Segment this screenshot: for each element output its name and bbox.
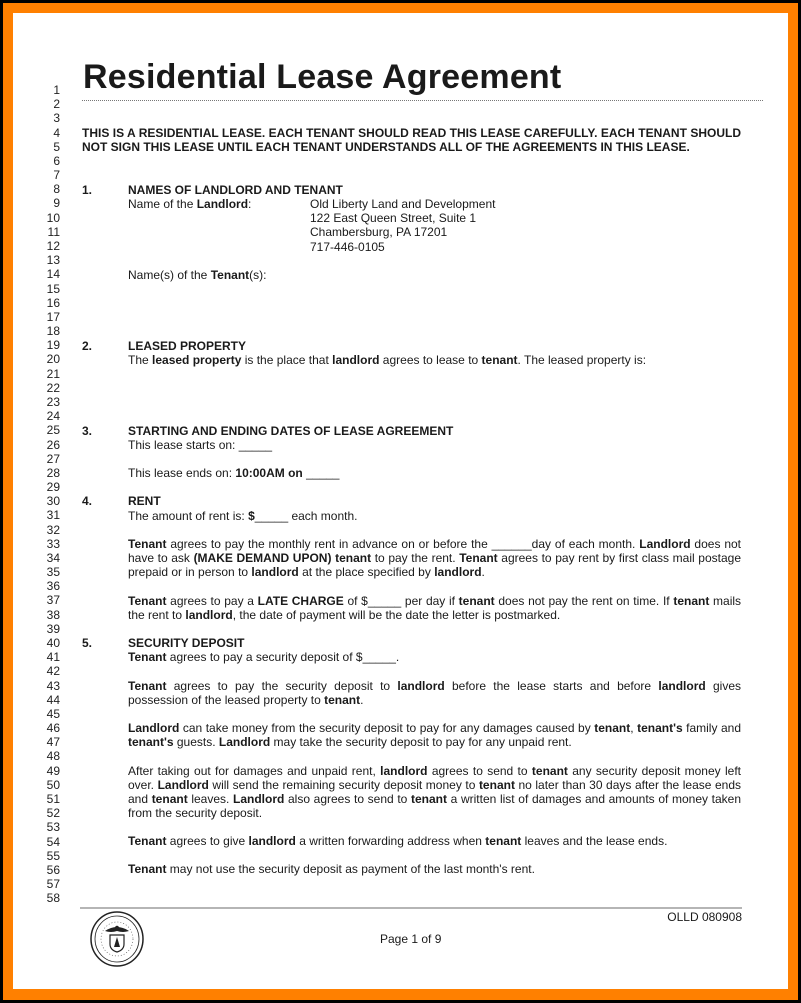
deposit-damages-paragraph: Landlord can take money from the securit… [128,721,741,749]
section-2-number: 2. [82,339,92,353]
text-run: also agrees to send to [284,792,411,806]
text-run: , the date of payment will be the date t… [233,608,561,622]
line-number: 33 [28,537,60,551]
text-run: agrees to pay the security deposit to [166,679,397,693]
bold-term: Landlord [158,778,209,792]
landlord-phone: 717-446-0105 [310,240,385,254]
deposit-timing-paragraph: Tenant agrees to pay the security deposi… [128,679,741,707]
bold-term: Landlord [233,792,284,806]
section-5-heading: SECURITY DEPOSIT [128,636,741,650]
landlord-label-text: Name of the [128,197,197,211]
bold-term: Tenant [128,679,166,693]
line-number: 2 [28,97,60,111]
bold-term: tenant's [128,735,174,749]
line-number: 50 [28,778,60,792]
deposit-amount-text: Tenant agrees to pay a security deposit … [128,650,741,664]
tenant-label: Name(s) of the Tenant(s): [128,268,741,282]
tenant-label-text: Name(s) of the [128,268,211,282]
line-number: 46 [28,721,60,735]
text-run: does not pay the rent on time. If [495,594,674,608]
section-3-number: 3. [82,424,92,438]
text-run: agrees to give [166,834,248,848]
section-4-heading: RENT [128,494,741,508]
leased-property-text: The leased property is the place that la… [128,353,741,367]
bold-term: Tenant [128,862,166,876]
line-number: 39 [28,622,60,636]
lease-end-blank: _____ [303,466,340,480]
line-number: 7 [28,168,60,182]
bold-term: (MAKE DEMAND UPON) tenant [194,551,372,565]
late-charge-paragraph: Tenant agrees to pay a LATE CHARGE of $_… [128,594,741,622]
company-seal-icon [89,911,145,967]
page-title: Residential Lease Agreement [83,58,561,97]
line-number: 36 [28,579,60,593]
bold-term: LATE CHARGE [258,594,344,608]
line-number: 34 [28,551,60,565]
text-run: may not use the security deposit as paym… [166,862,534,876]
line-number: 18 [28,324,60,338]
bold-term: Landlord [128,721,179,735]
bold-term: landlord [332,353,379,367]
line-number: 24 [28,409,60,423]
section-2-heading: LEASED PROPERTY [128,339,741,353]
bold-term: landlord [251,565,298,579]
bold-term: landlord [397,679,444,693]
line-number: 35 [28,565,60,579]
line-number: 29 [28,480,60,494]
intro-warning: THIS IS A RESIDENTIAL LEASE. EACH TENANT… [82,126,741,154]
bold-term: tenant [459,594,495,608]
text-run: guests. [174,735,219,749]
bold-term: landlord [380,764,427,778]
rent-currency: $ [248,509,255,523]
lease-end-label: This lease ends on: [128,466,235,480]
section-1-heading: NAMES OF LANDLORD AND TENANT [128,183,741,197]
tenant-label-bold: Tenant [211,268,249,282]
text-run: agrees to pay a [166,594,257,608]
text-run: before the lease starts and before [445,679,659,693]
section-4-number: 4. [82,494,92,508]
line-number: 3 [28,111,60,125]
text-run: of $_____ per day if [344,594,459,608]
rent-amount-label: The amount of rent is: [128,509,248,523]
line-number: 40 [28,636,60,650]
bold-term: landlord [185,608,232,622]
text-run: a written forwarding address when [296,834,485,848]
lease-start-text: This lease starts on: _____ [128,438,741,452]
line-number: 16 [28,296,60,310]
landlord-city: Chambersburg, PA 17201 [310,225,447,239]
line-number: 12 [28,239,60,253]
bold-term: landlord [434,565,481,579]
footer-divider [80,907,742,909]
text-run: to pay the rent. [371,551,459,565]
bold-term: tenant [673,594,709,608]
line-number: 52 [28,806,60,820]
line-number: 6 [28,154,60,168]
text-run: leaves. [188,792,233,806]
line-number: 44 [28,693,60,707]
line-number: 14 [28,267,60,281]
bold-term: tenant's [637,721,683,735]
bold-term: Landlord [639,537,690,551]
document-code: OLLD 080908 [667,910,742,924]
line-number: 22 [28,381,60,395]
line-number: 30 [28,494,60,508]
text-run: at the place specified by [299,565,434,579]
line-number: 43 [28,679,60,693]
line-number: 49 [28,764,60,778]
line-number: 45 [28,707,60,721]
bold-term: tenant [479,778,515,792]
rent-amount-text: The amount of rent is: $_____ each month… [128,509,741,523]
line-number: 37 [28,593,60,607]
line-number: 32 [28,523,60,537]
line-number: 47 [28,735,60,749]
rent-amount-blank: _____ each month. [255,509,358,523]
line-number: 10 [28,211,60,225]
bold-term: tenant [482,353,518,367]
landlord-label-colon: : [248,197,251,211]
page-indicator: Page 1 of 9 [380,932,441,946]
deposit-return-paragraph: After taking out for damages and unpaid … [128,764,741,820]
bold-term: tenant [324,693,360,707]
line-number: 31 [28,508,60,522]
line-number: 9 [28,196,60,210]
landlord-label-bold: Landlord [197,197,248,211]
bold-term: tenant [532,764,568,778]
lease-end-text: This lease ends on: 10:00AM on _____ [128,466,741,480]
line-number: 57 [28,877,60,891]
bold-term: Tenant [128,834,166,848]
line-number: 53 [28,820,60,834]
text-run: After taking out for damages and unpaid … [128,764,380,778]
line-number: 27 [28,452,60,466]
bold-term: landlord [658,679,705,693]
text-run: leaves and the lease ends. [521,834,667,848]
line-number: 11 [28,225,60,239]
line-number: 21 [28,367,60,381]
bold-term: tenant [152,792,188,806]
last-month-text: Tenant may not use the security deposit … [128,862,741,876]
text-run: will send the remaining security deposit… [209,778,479,792]
line-number: 5 [28,140,60,154]
text-run: agrees to lease to [379,353,481,367]
line-number: 20 [28,352,60,366]
text-run: agrees to pay the monthly rent in advanc… [166,537,639,551]
text-run: may take the security deposit to pay for… [270,735,572,749]
line-number: 56 [28,863,60,877]
bold-term: Tenant [128,537,166,551]
line-number: 58 [28,891,60,905]
line-number: 8 [28,182,60,196]
text-run: . [360,693,363,707]
landlord-street: 122 East Queen Street, Suite 1 [310,211,476,225]
section-5-number: 5. [82,636,92,650]
bold-term: Tenant [459,551,497,565]
landlord-name: Old Liberty Land and Development [310,197,495,211]
bold-term: Tenant [128,594,166,608]
bold-term: tenant [594,721,630,735]
text-run: family and [683,721,741,735]
bold-term: Tenant [128,650,166,664]
text-run: . The leased property is: [518,353,647,367]
line-number: 23 [28,395,60,409]
line-number: 1 [28,83,60,97]
line-number: 26 [28,438,60,452]
text-run: . [482,565,485,579]
bold-term: landlord [249,834,296,848]
line-number: 42 [28,664,60,678]
line-number: 48 [28,749,60,763]
line-number: 19 [28,338,60,352]
bold-term: leased property [152,353,241,367]
text-run: agrees to pay a security deposit of $___… [166,650,399,664]
line-number: 51 [28,792,60,806]
line-number: 28 [28,466,60,480]
line-number: 4 [28,126,60,140]
bold-term: Landlord [219,735,270,749]
tenant-label-suffix: (s): [249,268,266,282]
bold-term: tenant [485,834,521,848]
line-number: 41 [28,650,60,664]
forwarding-address-text: Tenant agrees to give landlord a written… [128,834,741,848]
title-divider [82,100,763,101]
line-number: 25 [28,423,60,437]
lease-end-time: 10:00AM on [235,466,302,480]
line-number: 55 [28,849,60,863]
section-3-heading: STARTING AND ENDING DATES OF LEASE AGREE… [128,424,741,438]
text-run: The [128,353,152,367]
line-number: 17 [28,310,60,324]
line-number: 13 [28,253,60,267]
text-run: is the place that [241,353,332,367]
line-number: 38 [28,608,60,622]
text-run: agrees to send to [428,764,532,778]
section-1-number: 1. [82,183,92,197]
rent-payment-paragraph: Tenant agrees to pay the monthly rent in… [128,537,741,579]
text-run: can take money from the security deposit… [179,721,594,735]
line-number: 15 [28,282,60,296]
line-number: 54 [28,835,60,849]
bold-term: tenant [411,792,447,806]
